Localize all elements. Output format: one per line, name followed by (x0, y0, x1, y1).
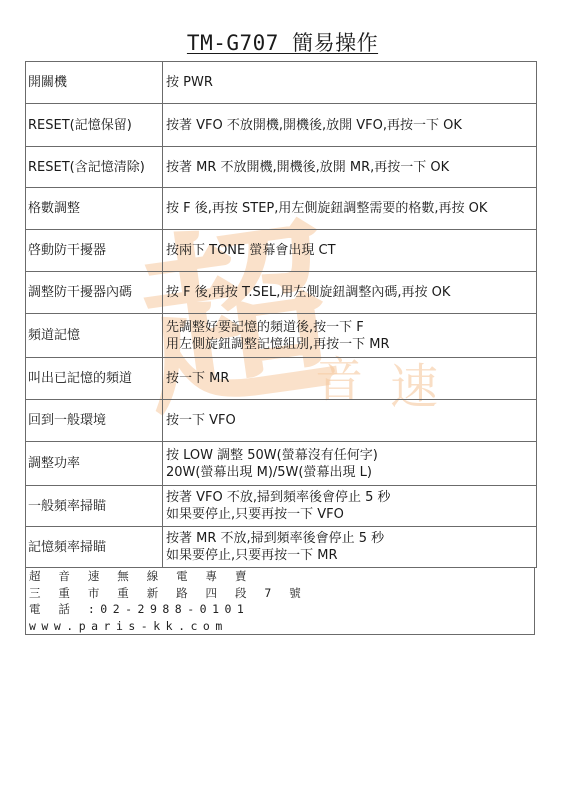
row-label: 回到一般環境 (26, 400, 163, 442)
document-title-text: TM-G707 簡易操作 (187, 31, 378, 55)
row-label: RESET(含記憶清除) (26, 147, 163, 188)
row-description: 按 LOW 調整 50W(螢幕沒有任何字) 20W(螢幕出現 M)/5W(螢幕出… (163, 442, 537, 486)
table-row: 記憶頻率掃瞄 按著 MR 不放,掃到頻率後會停止 5 秒 如果要停止,只要再按一… (26, 527, 537, 568)
store-phone: 電 話 :02-2988-0101 (29, 601, 534, 618)
table-row: RESET(記憶保留) 按著 VFO 不放開機,開機後,放開 VFO,再按一下 … (26, 104, 537, 147)
operations-table: 開關機 按 PWR RESET(記憶保留) 按著 VFO 不放開機,開機後,放開… (25, 61, 537, 568)
row-description: 按一下 MR (163, 358, 537, 400)
row-description: 按 F 後,再按 T.SEL,用左側旋鈕調整內碼,再按 OK (163, 272, 537, 314)
row-description: 按著 VFO 不放,掃到頻率後會停止 5 秒 如果要停止,只要再按一下 VFO (163, 486, 537, 527)
description-line: 按 PWR (166, 74, 536, 91)
table-row: RESET(含記憶清除) 按著 MR 不放開機,開機後,放開 MR,再按一下 O… (26, 147, 537, 188)
description-line: 如果要停止,只要再按一下 VFO (166, 506, 536, 523)
row-label: 調整防干擾器內碼 (26, 272, 163, 314)
description-line: 20W(螢幕出現 M)/5W(螢幕出現 L) (166, 464, 536, 481)
row-description: 按著 VFO 不放開機,開機後,放開 VFO,再按一下 OK (163, 104, 537, 147)
row-label: 一般頻率掃瞄 (26, 486, 163, 527)
table-row: 一般頻率掃瞄 按著 VFO 不放,掃到頻率後會停止 5 秒 如果要停止,只要再按… (26, 486, 537, 527)
description-line: 按 F 後,再按 STEP,用左側旋鈕調整需要的格數,再按 OK (166, 200, 536, 217)
description-line: 如果要停止,只要再按一下 MR (166, 547, 536, 564)
row-label: RESET(記憶保留) (26, 104, 163, 147)
row-description: 先調整好要記憶的頻道後,按一下 F 用左側旋鈕調整記憶組別,再按一下 MR (163, 314, 537, 358)
description-line: 按一下 MR (166, 370, 536, 387)
row-label: 叫出已記憶的頻道 (26, 358, 163, 400)
document-title: TM-G707 簡易操作 (0, 30, 565, 56)
store-website: www.paris-kk.com (29, 618, 534, 635)
row-description: 按一下 VFO (163, 400, 537, 442)
table-row: 開關機 按 PWR (26, 62, 537, 104)
description-line: 按著 VFO 不放,掃到頻率後會停止 5 秒 (166, 489, 536, 506)
table-row: 啓動防干擾器 按兩下 TONE 螢幕會出現 CT (26, 230, 537, 272)
row-description: 按著 MR 不放開機,開機後,放開 MR,再按一下 OK (163, 147, 537, 188)
table-row: 頻道記憶 先調整好要記憶的頻道後,按一下 F 用左側旋鈕調整記憶組別,再按一下 … (26, 314, 537, 358)
description-line: 用左側旋鈕調整記憶組別,再按一下 MR (166, 336, 536, 353)
row-label: 記憶頻率掃瞄 (26, 527, 163, 568)
table-row: 叫出已記憶的頻道 按一下 MR (26, 358, 537, 400)
table-row: 回到一般環境 按一下 VFO (26, 400, 537, 442)
store-address: 三 重 市 重 新 路 四 段 7 號 (29, 585, 534, 602)
description-line: 按著 MR 不放,掃到頻率後會停止 5 秒 (166, 530, 536, 547)
table-row: 調整功率 按 LOW 調整 50W(螢幕沒有任何字) 20W(螢幕出現 M)/5… (26, 442, 537, 486)
row-description: 按兩下 TONE 螢幕會出現 CT (163, 230, 537, 272)
row-label: 開關機 (26, 62, 163, 104)
description-line: 按 F 後,再按 T.SEL,用左側旋鈕調整內碼,再按 OK (166, 284, 536, 301)
row-label: 啓動防干擾器 (26, 230, 163, 272)
description-line: 按著 MR 不放開機,開機後,放開 MR,再按一下 OK (166, 159, 536, 176)
row-description: 按 F 後,再按 STEP,用左側旋鈕調整需要的格數,再按 OK (163, 188, 537, 230)
table-row: 格數調整 按 F 後,再按 STEP,用左側旋鈕調整需要的格數,再按 OK (26, 188, 537, 230)
description-line: 按一下 VFO (166, 412, 536, 429)
description-line: 按兩下 TONE 螢幕會出現 CT (166, 242, 536, 259)
row-description: 按 PWR (163, 62, 537, 104)
store-contact-footer: 超 音 速 無 線 電 專 賣 三 重 市 重 新 路 四 段 7 號 電 話 … (25, 567, 535, 635)
row-label: 頻道記憶 (26, 314, 163, 358)
row-label: 調整功率 (26, 442, 163, 486)
row-description: 按著 MR 不放,掃到頻率後會停止 5 秒 如果要停止,只要再按一下 MR (163, 527, 537, 568)
table-row: 調整防干擾器內碼 按 F 後,再按 T.SEL,用左側旋鈕調整內碼,再按 OK (26, 272, 537, 314)
description-line: 按 LOW 調整 50W(螢幕沒有任何字) (166, 447, 536, 464)
description-line: 按著 VFO 不放開機,開機後,放開 VFO,再按一下 OK (166, 117, 536, 134)
row-label: 格數調整 (26, 188, 163, 230)
store-name: 超 音 速 無 線 電 專 賣 (29, 568, 534, 585)
description-line: 先調整好要記憶的頻道後,按一下 F (166, 319, 536, 336)
